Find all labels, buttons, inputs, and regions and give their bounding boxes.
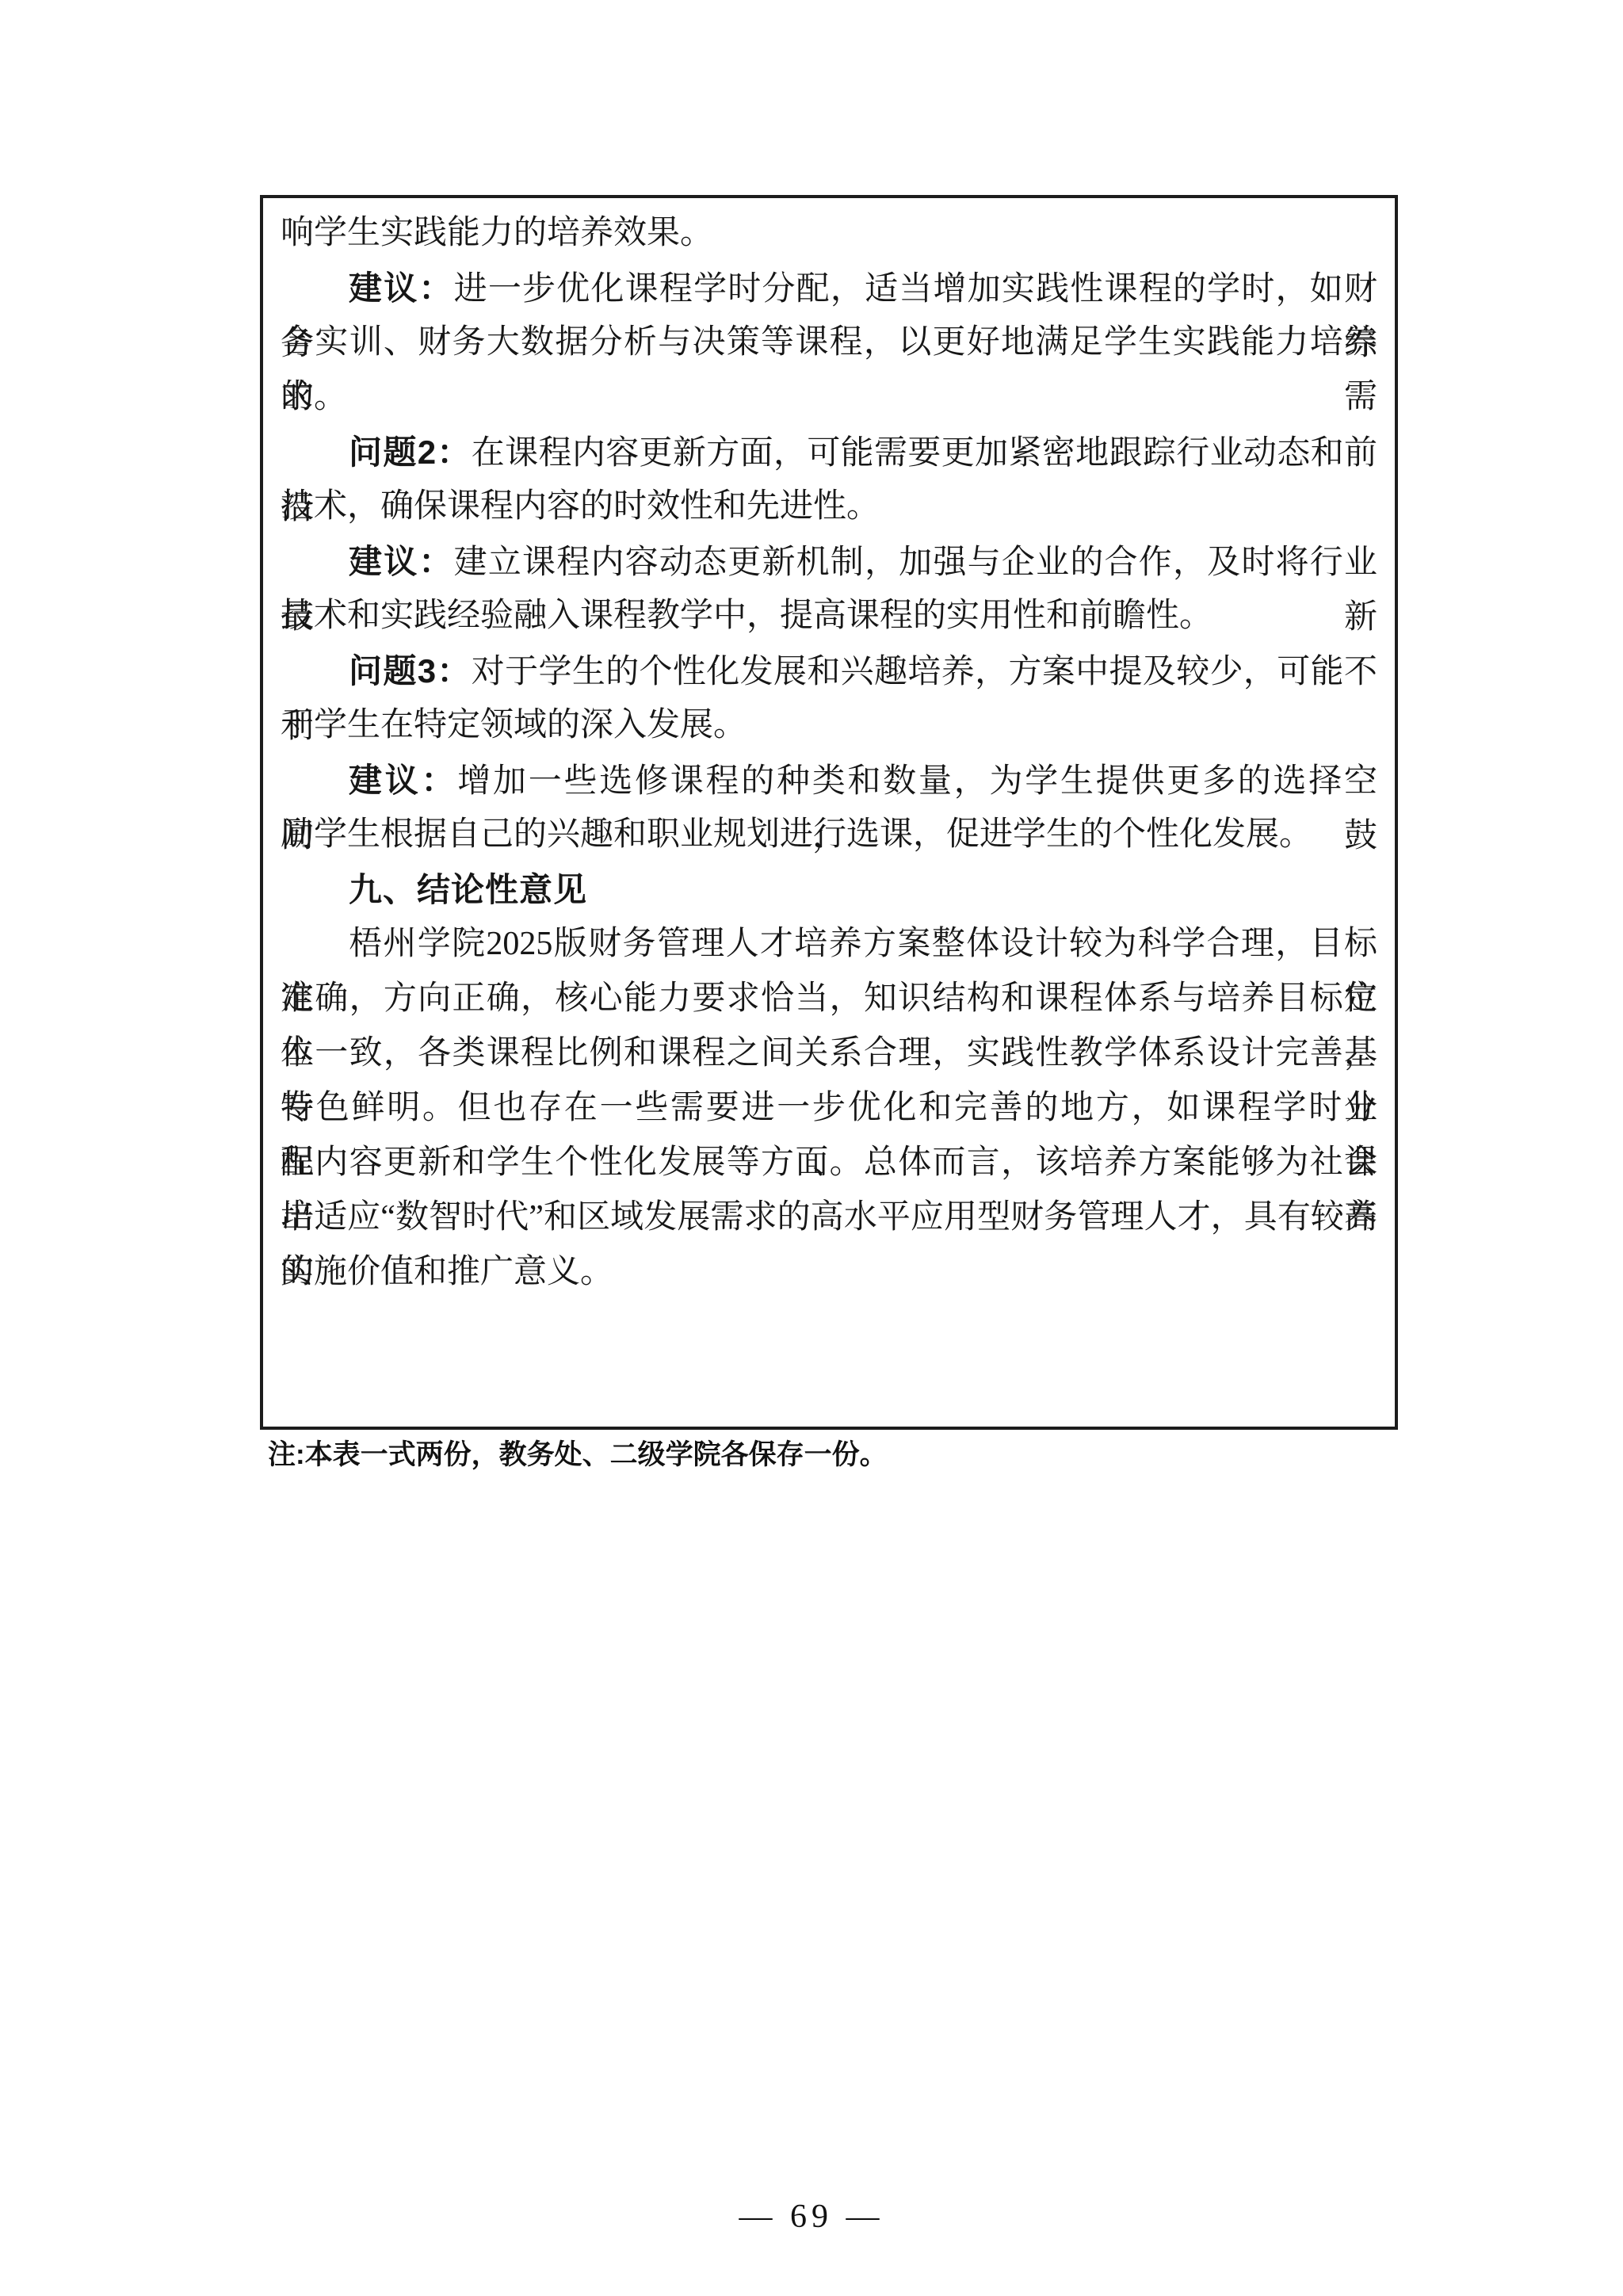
text-line: 实施价值和推广意义。 — [281, 1245, 1377, 1300]
paragraph-label: 建议： — [349, 543, 454, 580]
page-number: — 69 — — [0, 2197, 1623, 2237]
text-line: 建议：增加一些选修课程的种类和数量，为学生提供更多的选择空间，鼓 — [281, 753, 1377, 808]
review-content-box: 响学生实践能力的培养效果。建议：进一步优化课程学时分配，适当增加实践性课程的学时… — [260, 195, 1398, 1430]
text-line: 于学生在特定领域的深入发展。 — [281, 698, 1377, 753]
line-text: 励学生根据自己的兴趣和职业规划进行选课，促进学生的个性化发展。 — [281, 816, 1312, 853]
line-text: 求。 — [281, 379, 347, 415]
line-text: 合实训、财务大数据分析与决策等课程，以更好地满足学生实践能力培养的需 — [281, 324, 1377, 415]
text-line: 励学生根据自己的兴趣和职业规划进行选课，促进学生的个性化发展。 — [281, 808, 1377, 862]
line-text: 于学生在特定领域的深入发展。 — [281, 707, 747, 743]
text-line: 建议：建立课程内容动态更新机制，加强与企业的合作，及时将行业最新 — [281, 534, 1377, 589]
line-text: 响学生实践能力的培养效果。 — [281, 215, 713, 251]
paragraph-label: 九、结论性意见 — [349, 871, 587, 908]
text-line: 本一致，各类课程比例和课程之间关系合理，实践性教学体系设计完善，专业 — [281, 1026, 1377, 1081]
paragraph-label: 问题2： — [349, 434, 472, 471]
text-line: 技术，确保课程内容的时效性和先进性。 — [281, 479, 1377, 534]
text-line: 特色鲜明。但也存在一些需要进一步优化和完善的地方，如课程学时分配、课 — [281, 1081, 1377, 1136]
text-line: 问题3：对于学生的个性化发展和兴趣培养，方案中提及较少，可能不利 — [281, 644, 1377, 698]
paragraph-label: 建议： — [349, 762, 457, 799]
line-text: 实施价值和推广意义。 — [281, 1254, 613, 1290]
text-line: 九、结论性意见 — [281, 862, 1377, 917]
paragraph-label: 问题3： — [349, 652, 472, 690]
document-page: 响学生实践能力的培养效果。建议：进一步优化课程学时分配，适当增加实践性课程的学时… — [0, 0, 1623, 2296]
line-text: 技术，确保课程内容的时效性和先进性。 — [281, 488, 880, 525]
text-line: 出适应“数智时代”和区域发展需求的高水平应用型财务管理人才，具有较高的 — [281, 1190, 1377, 1245]
text-line: 响学生实践能力的培养效果。 — [281, 206, 1377, 261]
footer-note: 注:本表一式两份，教务处、二级学院各保存一份。 — [268, 1438, 888, 1473]
paragraph-label: 建议： — [349, 269, 454, 307]
text-line: 程内容更新和学生个性化发展等方面。总体而言，该培养方案能够为社会培养 — [281, 1136, 1377, 1190]
text-line: 问题2：在课程内容更新方面，可能需要更加紧密地跟踪行业动态和前沿 — [281, 425, 1377, 479]
text-line: 准确，方向正确，核心能力要求恰当，知识结构和课程体系与培养目标定位基 — [281, 972, 1377, 1026]
text-line: 梧州学院2025版财务管理人才培养方案整体设计较为科学合理，目标定位 — [281, 917, 1377, 972]
text-line: 建议：进一步优化课程学时分配，适当增加实践性课程的学时，如财务综 — [281, 261, 1377, 315]
text-line: 合实训、财务大数据分析与决策等课程，以更好地满足学生实践能力培养的需 — [281, 315, 1377, 370]
line-text: 技术和实践经验融入课程教学中，提高课程的实用性和前瞻性。 — [281, 598, 1212, 634]
